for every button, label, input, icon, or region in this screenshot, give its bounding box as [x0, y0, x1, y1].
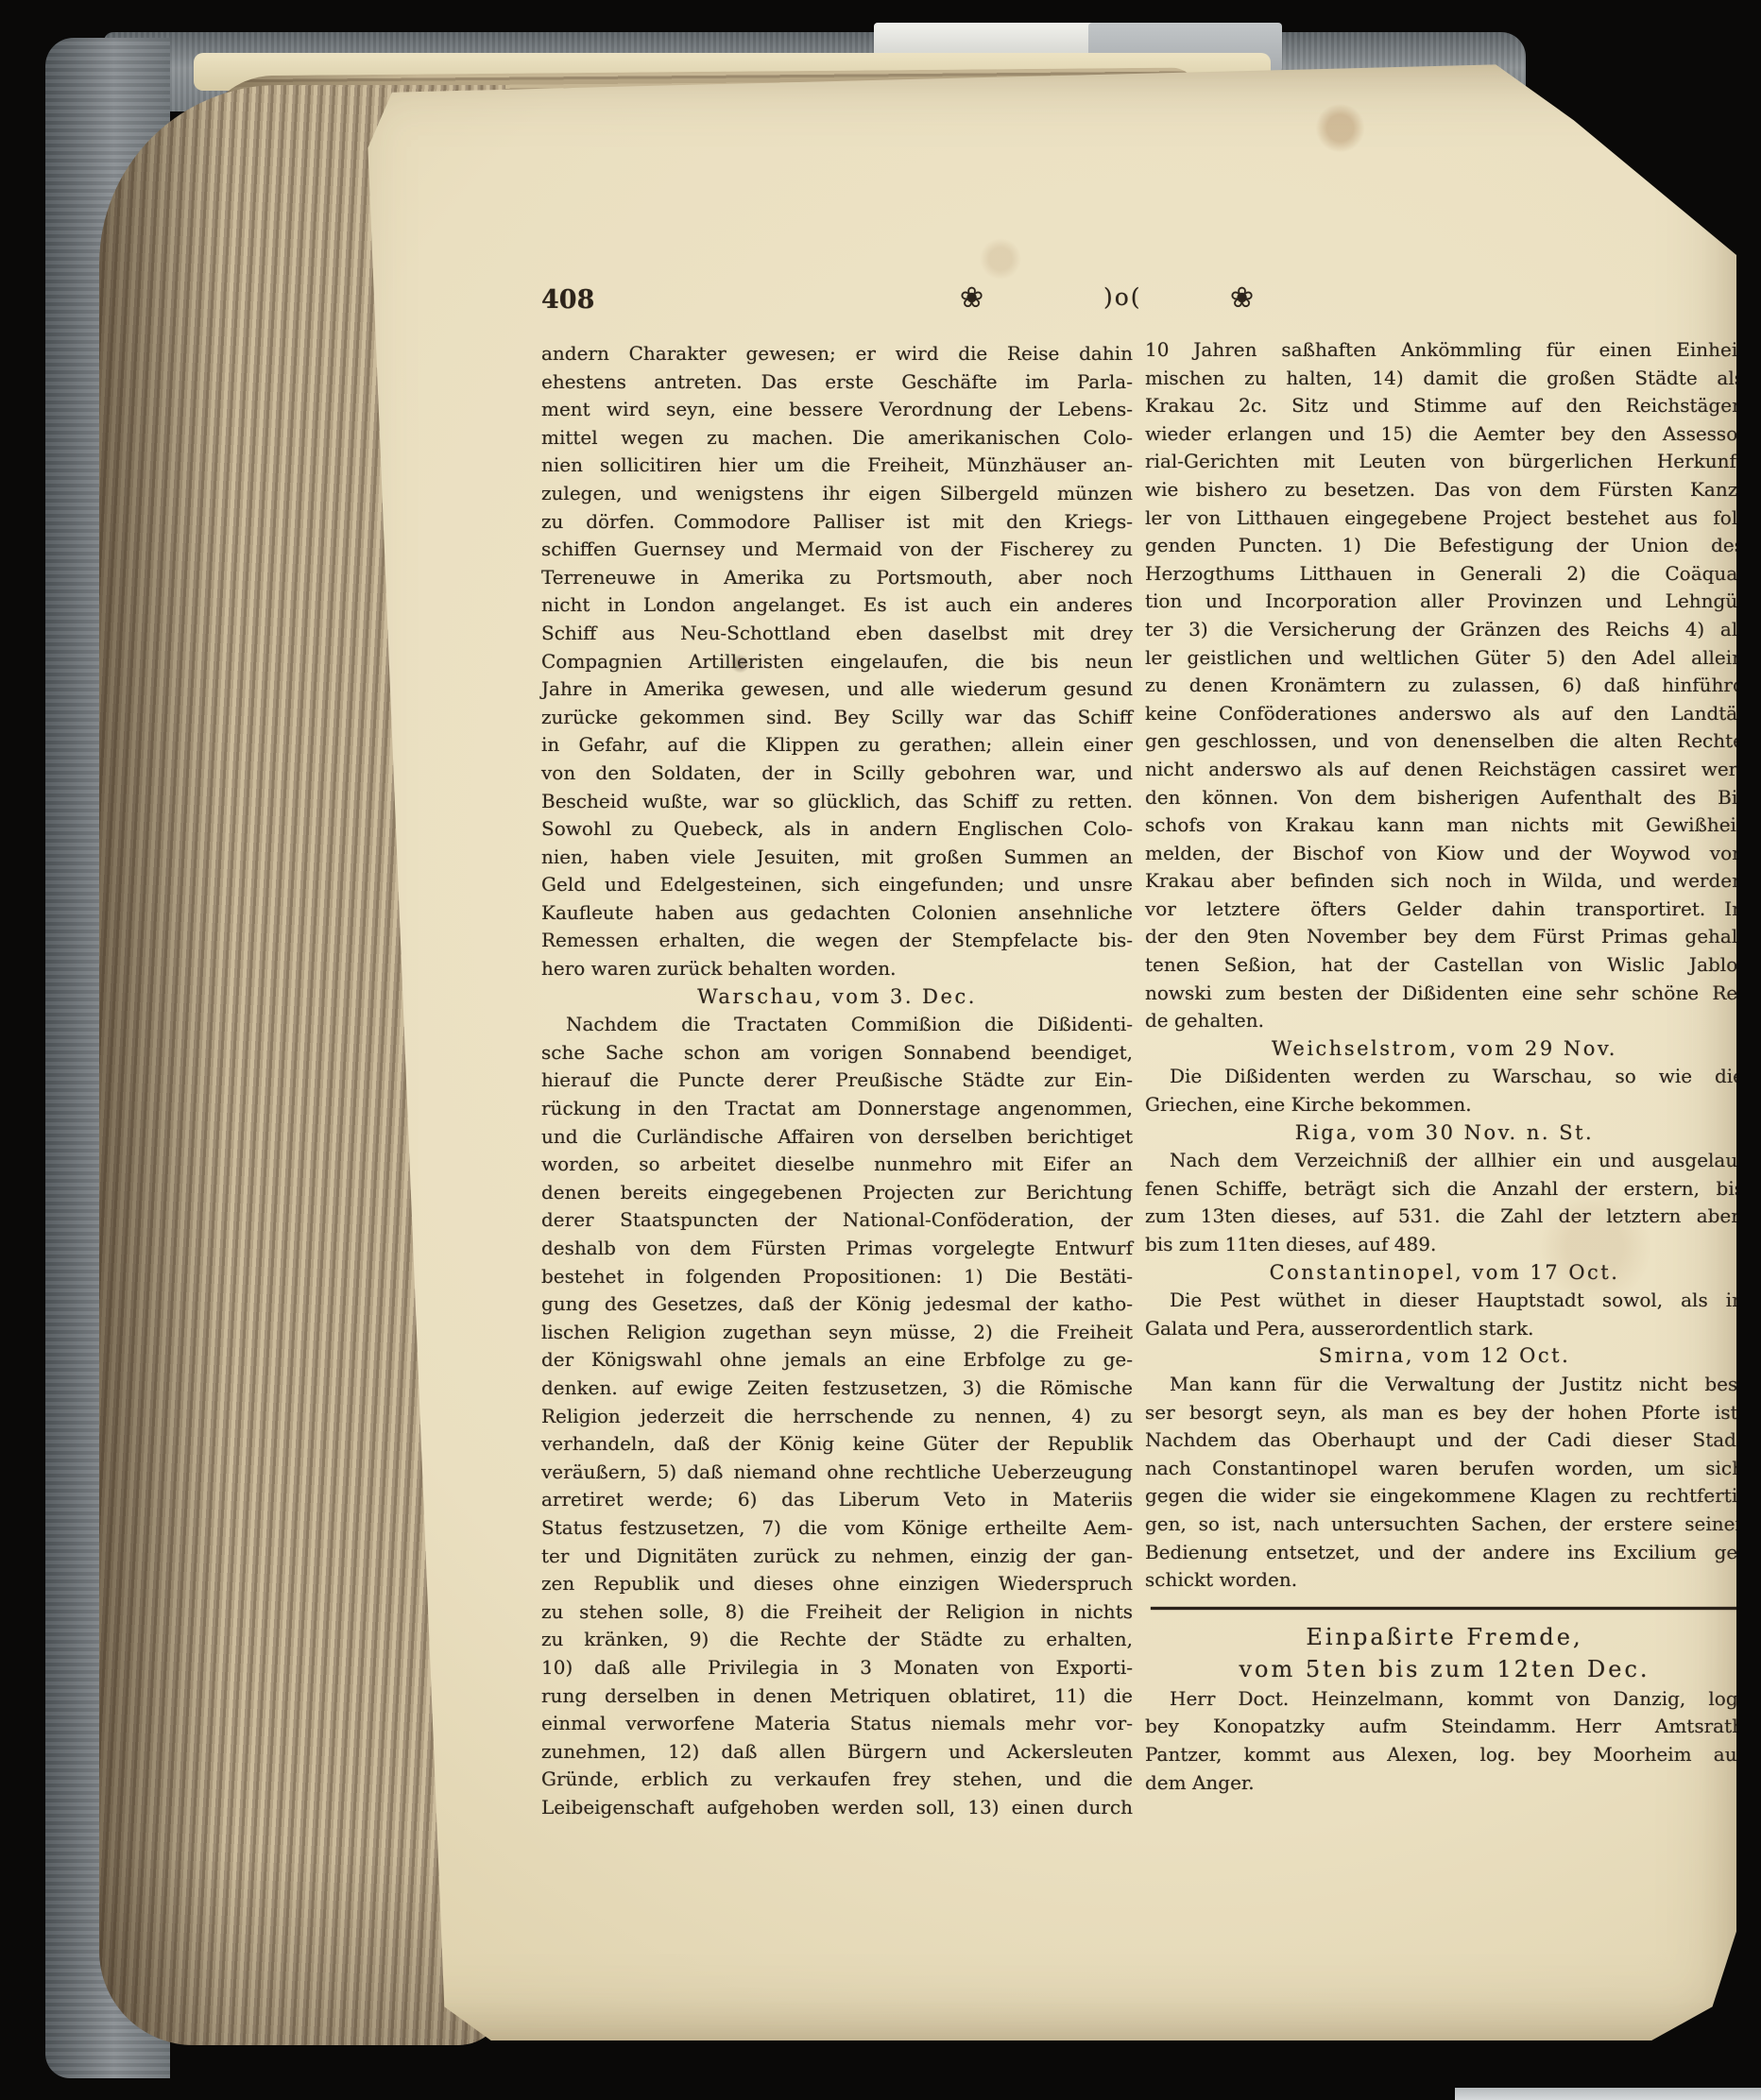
text-line: und die Curländische Affairen von dersel… — [541, 1123, 1133, 1152]
text-line: Schiff aus Neu-Schottland eben daselbst … — [541, 620, 1133, 648]
text-line: Bescheid wußte, war so glücklich, das Sc… — [541, 788, 1133, 816]
text-line: Geld und Edelgesteinen, sich eingefunden… — [541, 871, 1133, 899]
text-line: Galata und Pera, ausserordentlich stark. — [1145, 1315, 1744, 1343]
header-rosette-icon: ❀ — [1230, 282, 1254, 315]
text-line: nicht anderswo als auf denen Reichstägen… — [1145, 756, 1744, 784]
text-line: Herzogthums Litthauen in Generali 2) die… — [1145, 560, 1744, 589]
text-line: zu kränken, 9) die Rechte der Städte zu … — [541, 1626, 1133, 1654]
text-line: ser besorgt seyn, als man es bey der hoh… — [1145, 1399, 1744, 1427]
text-line: Bedienung entsetzet, und der andere ins … — [1145, 1539, 1744, 1567]
text-line: Terreneuwe in Amerika zu Portsmouth, abe… — [541, 564, 1133, 592]
text-line: keine Conföderationes anderswo als auf d… — [1145, 700, 1744, 728]
section-heading: Constantinopel, vom 17 Oct. — [1145, 1259, 1744, 1288]
text-line: nach Constantinopel waren berufen worden… — [1145, 1455, 1744, 1483]
text-line: tion und Incorporation aller Provinzen u… — [1145, 588, 1744, 616]
text-line: mittel wegen zu machen. Die amerikanisch… — [541, 424, 1133, 452]
scanned-book-photo: 408 ❀ )o( ❀ andern Charakter gewesen; er… — [0, 0, 1761, 2100]
text-line: 10 Jahren saßhaften Ankömmling für einen… — [1145, 336, 1744, 365]
text-line: zunehmen, 12) daß allen Bürgern und Acke… — [541, 1738, 1133, 1767]
text-line: hierauf die Puncte derer Preußische Städ… — [541, 1067, 1133, 1095]
text-line: Compagnien Artilleristen eingelaufen, di… — [541, 648, 1133, 676]
text-line: Kaufleute haben aus gedachten Colonien a… — [541, 899, 1133, 928]
text-line: nowski zum besten der Dißidenten eine se… — [1145, 980, 1744, 1008]
text-line: zen Republik und dieses ohne einzigen Wi… — [541, 1570, 1133, 1598]
text-line: nien sollicitiren hier um die Freiheit, … — [541, 452, 1133, 480]
text-line: mischen zu halten, 14) damit die großen … — [1145, 365, 1744, 393]
text-line: Griechen, eine Kirche bekommen. — [1145, 1091, 1744, 1119]
text-line: bestehet in folgenden Propositionen: 1) … — [541, 1263, 1133, 1291]
text-line: dem Anger. — [1145, 1769, 1744, 1798]
text-line: Status festzusetzen, 7) die vom Könige e… — [541, 1514, 1133, 1543]
text-line: sche Sache schon am vorigen Sonnabend be… — [541, 1039, 1133, 1067]
text-line: bis zum 11ten dieses, auf 489. — [1145, 1231, 1744, 1259]
left-text-column: andern Charakter gewesen; er wird die Re… — [541, 340, 1133, 1821]
text-line: den können. Von dem bisherigen Aufenthal… — [1145, 784, 1744, 812]
text-line: Nach dem Verzeichniß der allhier ein und… — [1145, 1147, 1744, 1175]
text-line: ment wird seyn, eine bessere Verordnung … — [541, 396, 1133, 424]
text-line: genden Puncten. 1) Die Befestigung der U… — [1145, 532, 1744, 560]
scanner-bed-edge — [1455, 2088, 1761, 2100]
text-line: Krakau aber befinden sich noch in Wilda,… — [1145, 867, 1744, 896]
text-line: bey Konopatzky aufm Steindamm. Herr Amts… — [1145, 1713, 1744, 1741]
text-line: Pantzer, kommt aus Alexen, log. bey Moor… — [1145, 1741, 1744, 1769]
text-line: gegen die wider sie eingekommene Klagen … — [1145, 1482, 1744, 1511]
section-heading: Warschau, vom 3. Dec. — [541, 983, 1133, 1012]
section-heading: Weichselstrom, vom 29 Nov. — [1145, 1035, 1744, 1064]
text-line: ter 3) die Versicherung der Gränzen des … — [1145, 616, 1744, 644]
text-line: der den 9ten November bey dem Fürst Prim… — [1145, 923, 1744, 951]
text-line: denen bereits eingegebenen Projecten zur… — [541, 1179, 1133, 1207]
text-line: einmal verworfene Materia Status niemals… — [541, 1710, 1133, 1738]
text-line: schofs von Krakau kann man nichts mit Ge… — [1145, 811, 1744, 840]
text-line: von den Soldaten, der in Scilly gebohren… — [541, 760, 1133, 788]
text-line: vor letztere öfters Gelder dahin transpo… — [1145, 896, 1744, 924]
text-line: 10) daß alle Privilegia in 3 Monaten von… — [541, 1654, 1133, 1682]
section-heading: vom 5ten bis zum 12ten Dec. — [1145, 1653, 1744, 1685]
text-line: fenen Schiffe, beträgt sich die Anzahl d… — [1145, 1175, 1744, 1204]
text-line: deshalb von dem Fürsten Primas vorgelegt… — [541, 1235, 1133, 1263]
text-line: rückung in den Tractat am Donnerstage an… — [541, 1095, 1133, 1123]
text-line: schiffen Guernsey und Mermaid von der Fi… — [541, 536, 1133, 564]
text-line: denken. auf ewige Zeiten festzusetzen, 3… — [541, 1374, 1133, 1403]
text-line: ehestens antreten. Das erste Geschäfte i… — [541, 368, 1133, 397]
text-line: nien, haben viele Jesuiten, mit großen S… — [541, 844, 1133, 872]
text-line: Man kann für die Verwaltung der Justitz … — [1145, 1371, 1744, 1399]
text-line: Nachdem die Tractaten Commißion die Dißi… — [541, 1011, 1133, 1039]
text-line: Leibeigenschaft aufgehoben werden soll, … — [541, 1794, 1133, 1822]
header-signature-mark: )o( — [1103, 283, 1142, 311]
text-line: Gründe, erblich zu verkaufen frey stehen… — [541, 1766, 1133, 1794]
text-line: Krakau 2c. Sitz und Stimme auf den Reich… — [1145, 392, 1744, 420]
header-rosette-icon: ❀ — [960, 282, 983, 315]
text-line: derer Staatspuncten der National-Conföde… — [541, 1206, 1133, 1235]
text-line: in Gefahr, auf die Klippen zu gerathen; … — [541, 731, 1133, 760]
text-line: zu stehen solle, 8) die Freiheit der Rel… — [541, 1598, 1133, 1627]
text-line: zulegen, und wenigstens ihr eigen Silber… — [541, 480, 1133, 508]
text-line: ler geistlichen und weltlichen Güter 5) … — [1145, 644, 1744, 673]
text-line: rung derselben in denen Metriquen oblati… — [541, 1682, 1133, 1711]
text-line: de gehalten. — [1145, 1007, 1744, 1035]
text-line: Herr Doct. Heinzelmann, kommt von Danzig… — [1145, 1685, 1744, 1714]
text-line: Religion jederzeit die herrschende zu ne… — [541, 1403, 1133, 1431]
page-number: 408 — [541, 285, 594, 315]
text-line: worden, so arbeitet dieselbe nunmehro mi… — [541, 1151, 1133, 1179]
text-line: Remessen erhalten, die wegen der Stempfe… — [541, 927, 1133, 955]
text-line: Sowohl zu Quebeck, als in andern Englisc… — [541, 815, 1133, 844]
text-line: ter und Dignitäten zurück zu nehmen, ein… — [541, 1543, 1133, 1571]
text-line: zu denen Kronämtern zu zulassen, 6) daß … — [1145, 672, 1744, 700]
text-line: schickt worden. — [1145, 1566, 1744, 1595]
text-line: zum 13ten dieses, auf 531. die Zahl der … — [1145, 1203, 1744, 1231]
text-line: ler von Litthauen eingegebene Project be… — [1145, 504, 1744, 533]
section-heading: Einpaßirte Fremde, — [1145, 1621, 1744, 1653]
text-line: Nachdem das Oberhaupt und der Cadi diese… — [1145, 1426, 1744, 1455]
text-line: hero waren zurück behalten worden. — [541, 955, 1133, 983]
text-line: veräußern, 5) daß niemand ohne rechtlich… — [541, 1459, 1133, 1487]
right-text-column: 10 Jahren saßhaften Ankömmling für einen… — [1145, 336, 1744, 1797]
book-page: 408 ❀ )o( ❀ andern Charakter gewesen; er… — [321, 57, 1736, 2040]
section-heading: Riga, vom 30 Nov. n. St. — [1145, 1119, 1744, 1148]
text-line: zu dörfen. Commodore Palliser ist mit de… — [541, 508, 1133, 537]
text-line: verhandeln, daß der König keine Güter de… — [541, 1430, 1133, 1459]
text-line: lischen Religion zugethan seyn müsse, 2)… — [541, 1319, 1133, 1347]
text-line: wie bishero zu besetzen. Das von dem Für… — [1145, 476, 1744, 504]
text-line: melden, der Bischof von Kiow und der Woy… — [1145, 840, 1744, 868]
section-heading: Smirna, vom 12 Oct. — [1145, 1342, 1744, 1371]
text-line: andern Charakter gewesen; er wird die Re… — [541, 340, 1133, 368]
text-line: Die Dißidenten werden zu Warschau, so wi… — [1145, 1063, 1744, 1091]
text-line: der Königswahl ohne jemals an eine Erbfo… — [541, 1346, 1133, 1374]
text-line: zurücke gekommen sind. Bey Scilly war da… — [541, 704, 1133, 732]
text-line: arretiret werde; 6) das Liberum Veto in … — [541, 1486, 1133, 1514]
text-line: wieder erlangen und 15) die Aemter bey d… — [1145, 420, 1744, 449]
separator-rule — [1151, 1607, 1738, 1610]
text-line: nicht in London angelanget. Es ist auch … — [541, 591, 1133, 620]
text-line: gen geschlossen, und von denenselben die… — [1145, 727, 1744, 756]
text-line: gung des Gesetzes, daß der König jedesma… — [541, 1290, 1133, 1319]
text-line: tenen Seßion, hat der Castellan von Wisl… — [1145, 951, 1744, 980]
text-line: Die Pest wüthet in dieser Hauptstadt sow… — [1145, 1287, 1744, 1315]
text-line: gen, so ist, nach untersuchten Sachen, d… — [1145, 1511, 1744, 1539]
text-line: Jahre in Amerika gewesen, und alle wiede… — [541, 675, 1133, 704]
text-line: rial-Gerichten mit Leuten von bürgerlich… — [1145, 448, 1744, 476]
